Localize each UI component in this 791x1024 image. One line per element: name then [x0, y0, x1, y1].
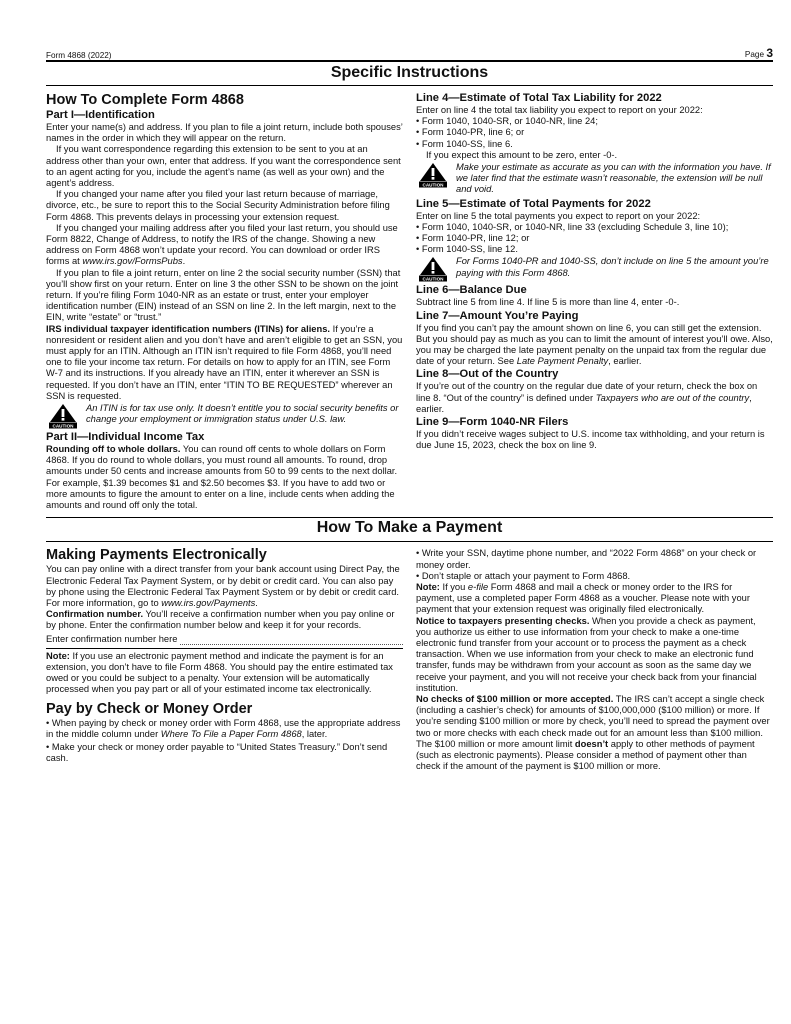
list-item: Form 1040, 1040-SR, or 1040-NR, line 33 … [416, 222, 773, 233]
out-of-country-ref: Taxpayers who are out of the country [596, 393, 749, 403]
list-item: Make your check or money order payable t… [46, 742, 403, 764]
payments-link[interactable]: www.irs.gov/Payments [161, 598, 255, 608]
list-item: Form 1040, 1040-SR, or 1040-NR, line 24; [416, 116, 773, 127]
rounding-paragraph: Rounding off to whole dollars. You can r… [46, 444, 403, 511]
caution-note-line5: For Forms 1040-PR and 1040-SS, don’t inc… [416, 256, 773, 282]
specific-instructions-title: Specific Instructions [46, 62, 773, 86]
left-column: How To Complete Form 4868 Part I—Identif… [46, 86, 403, 511]
name-change-paragraph: If you changed your name after you filed… [46, 189, 403, 223]
line4-heading: Line 4—Estimate of Total Tax Liability f… [416, 92, 773, 105]
caution-icon [48, 403, 78, 429]
page-number: Page 3 [745, 46, 773, 60]
line8-heading: Line 8—Out of the Country [416, 368, 773, 381]
correspondence-paragraph: If you want correspondence regarding thi… [46, 144, 403, 189]
payment-right-column: Write your SSN, daytime phone number, an… [416, 544, 773, 772]
check-list: When paying by check or money order with… [46, 718, 403, 765]
late-payment-penalty-ref: Late Payment Penalty [517, 356, 608, 366]
line5-heading: Line 5—Estimate of Total Payments for 20… [416, 198, 773, 211]
list-item: Form 1040-PR, line 6; or [416, 127, 773, 138]
note-rule [46, 648, 403, 649]
confirmation-number-input[interactable] [180, 635, 403, 645]
caution-note-itin: An ITIN is for tax use only. It doesn’t … [46, 403, 403, 429]
electronic-payments-heading: Making Payments Electronically [46, 547, 403, 563]
specific-instructions-body: How To Complete Form 4868 Part I—Identif… [46, 86, 773, 511]
forms-pubs-link[interactable]: www.irs.gov/FormsPubs [82, 256, 182, 266]
confirmation-paragraph: Confirmation number. You’ll receive a co… [46, 609, 403, 631]
no-large-checks: No checks of $100 million or more accept… [416, 694, 773, 772]
check-heading: Pay by Check or Money Order [46, 701, 403, 717]
line4-zero: If you expect this amount to be zero, en… [416, 150, 773, 161]
form-page: Form 4868 (2022) Page 3 Specific Instruc… [46, 44, 773, 772]
payment-title-rule [46, 541, 773, 542]
check-notice: Notice to taxpayers presenting checks. W… [416, 616, 773, 694]
line7-heading: Line 7—Amount You’re Paying [416, 310, 773, 323]
list-item: Write your SSN, daytime phone number, an… [416, 548, 773, 570]
caution-note-estimate: Make your estimate as accurate as you ca… [416, 162, 773, 196]
line9-text: If you didn’t receive wages subject to U… [416, 429, 773, 451]
itin-paragraph: IRS individual taxpayer identification n… [46, 324, 403, 402]
line5-intro: Enter on line 5 the total payments you e… [416, 211, 773, 222]
list-item: Form 1040-PR, line 12; or [416, 233, 773, 244]
part2-heading: Part II—Individual Income Tax [46, 431, 403, 444]
how-to-complete-heading: How To Complete Form 4868 [46, 92, 403, 108]
payment-left-column: Making Payments Electronically You can p… [46, 544, 403, 772]
payment-body: Making Payments Electronically You can p… [46, 544, 773, 772]
part1-paragraph: Enter your name(s) and address. If you p… [46, 122, 403, 144]
joint-return-paragraph: If you plan to file a joint return, ente… [46, 268, 403, 324]
payment-title: How To Make a Payment [46, 518, 773, 540]
line4-intro: Enter on line 4 the total tax liability … [416, 105, 773, 116]
confirmation-number-label: Enter confirmation number here [46, 634, 177, 645]
line6-text: Subtract line 5 from line 4. If line 5 i… [416, 297, 773, 308]
caution-icon [418, 256, 448, 282]
list-item: Don’t staple or attach your payment to F… [416, 571, 773, 582]
caution-icon [418, 162, 448, 188]
list-item: Form 1040-SS, line 12. [416, 244, 773, 255]
part1-heading: Part I—Identification [46, 109, 403, 122]
line8-text: If you’re out of the country on the regu… [416, 381, 773, 415]
right-column: Line 4—Estimate of Total Tax Liability f… [416, 86, 773, 511]
line4-list: Form 1040, 1040-SR, or 1040-NR, line 24;… [416, 116, 773, 150]
address-change-paragraph: If you changed your mailing address afte… [46, 223, 403, 268]
list-item: When paying by check or money order with… [46, 718, 403, 740]
electronic-payments-text: You can pay online with a direct transfe… [46, 564, 403, 609]
confirmation-number-field[interactable]: Enter confirmation number here [46, 634, 403, 645]
list-item: Form 1040-SS, line 6. [416, 139, 773, 150]
line9-heading: Line 9—Form 1040-NR Filers [416, 416, 773, 429]
check-list-continued: Write your SSN, daytime phone number, an… [416, 548, 773, 582]
line6-heading: Line 6—Balance Due [416, 284, 773, 297]
efile-note: Note: If you e-file Form 4868 and mail a… [416, 582, 773, 616]
line7-text: If you find you can’t pay the amount sho… [416, 323, 773, 368]
line5-list: Form 1040, 1040-SR, or 1040-NR, line 33 … [416, 222, 773, 256]
page-header: Form 4868 (2022) Page 3 [46, 44, 773, 62]
form-label: Form 4868 (2022) [46, 51, 112, 60]
electronic-note: Note: If you use an electronic payment m… [46, 651, 403, 696]
